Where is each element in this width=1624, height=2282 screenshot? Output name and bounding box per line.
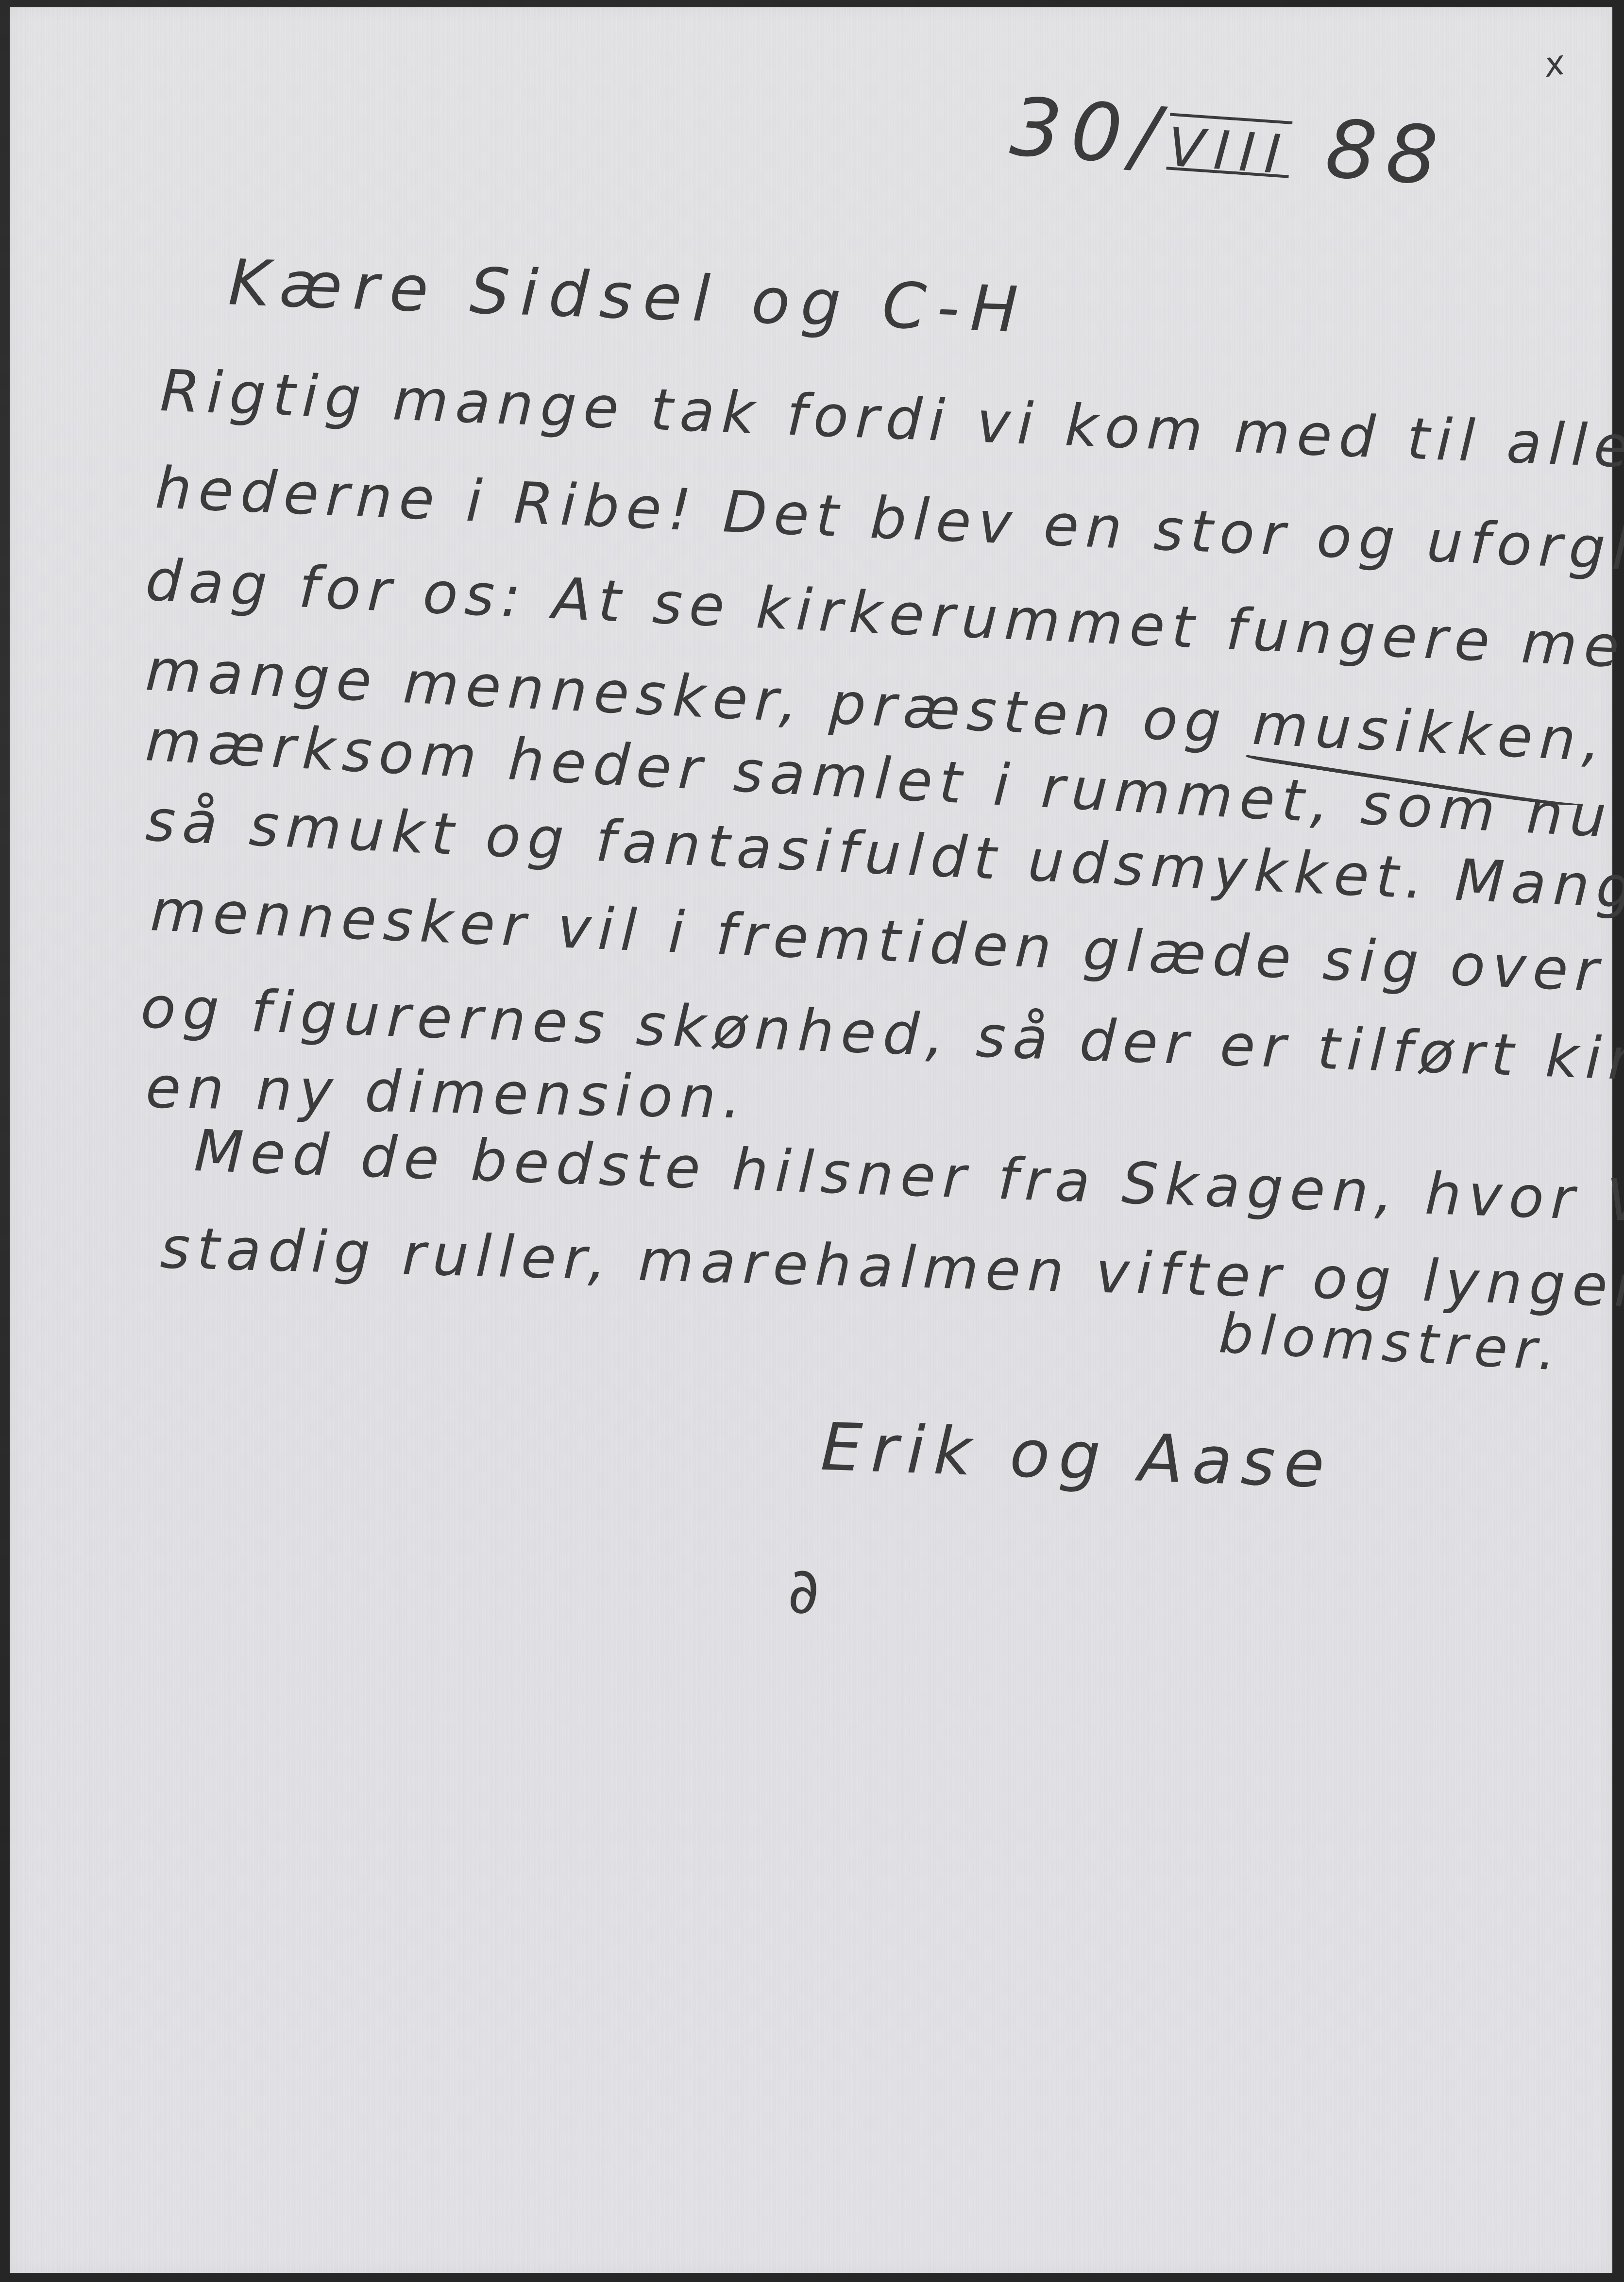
date-day: 30 (1007, 80, 1135, 182)
date-year: 88 (1322, 102, 1450, 203)
signature: Erik og Aase (820, 1414, 1334, 1498)
underlined-word: musikken (1251, 695, 1584, 769)
initial-mark: ∂ (784, 1557, 829, 1624)
date-month: VIII (1166, 116, 1292, 186)
body-line: en ny dimension. (145, 1059, 748, 1127)
corner-mark: x (1541, 44, 1574, 83)
date-separator: / (1129, 88, 1172, 184)
